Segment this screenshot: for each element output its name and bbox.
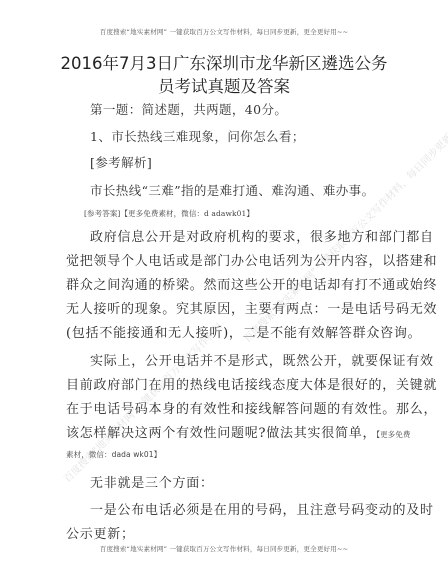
analysis-text: 市长热线“三难”指的是难打通、难沟通、难办事。	[90, 181, 374, 199]
para2-line-4: 该怎样解决这两个有效性问题呢?做法其实很简单，【更多免费	[66, 422, 410, 441]
para2-inline-note: 【更多免费	[376, 430, 410, 439]
para2-line-3: 在于电话号码本身的有效性和接线解答问题的有效性。那么，	[66, 398, 437, 417]
header-banner: 百度搜索“地实素材网” 一键获取百万公文写作材料，每日同步更新，更全更好用~~	[0, 27, 448, 36]
answer-label: [参考答案]【更多免费素材，微信：d adawk01】	[84, 208, 254, 219]
title-line-2: 员考试真题及答案	[30, 75, 418, 98]
para1-line-4: 无人接听的现象。究其原因，主要有两点：一是电话号码无效	[66, 298, 437, 317]
question-1: 1、市长热线三难现象，问你怎么看；	[90, 127, 305, 145]
para4-line-1: 一是公布电话必须是在用的号码，且注意号码变动的及时	[90, 499, 434, 518]
section-heading: 第一题：简述题，共两题，40分。	[90, 100, 287, 118]
para2-line-2: 目前政府部门在用的热线电话接线态度大体是很好的，关键就	[66, 374, 437, 393]
para1-line-3: 群众之间沟通的桥梁。然而这些公开的电话却有打不通或始终	[66, 274, 437, 293]
para1-line-2: 觉把领导个人电话或是部门办公电话列为公开内容，以搭建和	[66, 250, 437, 269]
para2-line-4-text: 该怎样解决这两个有效性问题呢?做法其实很简单，	[66, 426, 376, 441]
para1-line-5: (包括不能接通和无人接听)，二是不能有效解答群众咨询。	[66, 322, 421, 341]
title-line-1: 2016年7月3日广东深圳市龙华新区遴选公务	[30, 52, 418, 75]
para4-line-2: 公示更新；	[66, 523, 135, 542]
para1-line-1: 政府信息公开是对政府机构的要求，很多地方和部门都自	[90, 226, 434, 245]
para2-line-1: 实际上，公开电话并不是形式，既然公开，就要保证有效	[90, 350, 434, 369]
para3: 无非就是三个方面：	[90, 472, 214, 491]
analysis-label: [参考解析]	[90, 153, 152, 171]
para2-note-cont: 素材，微信：dada wk01】	[66, 449, 161, 460]
footer-banner: 百度搜索“地实素材网” 一键获取百万公文写作材料，每日同步更新，更全更好用~~	[0, 544, 448, 553]
document-title: 2016年7月3日广东深圳市龙华新区遴选公务 员考试真题及答案	[30, 52, 418, 98]
